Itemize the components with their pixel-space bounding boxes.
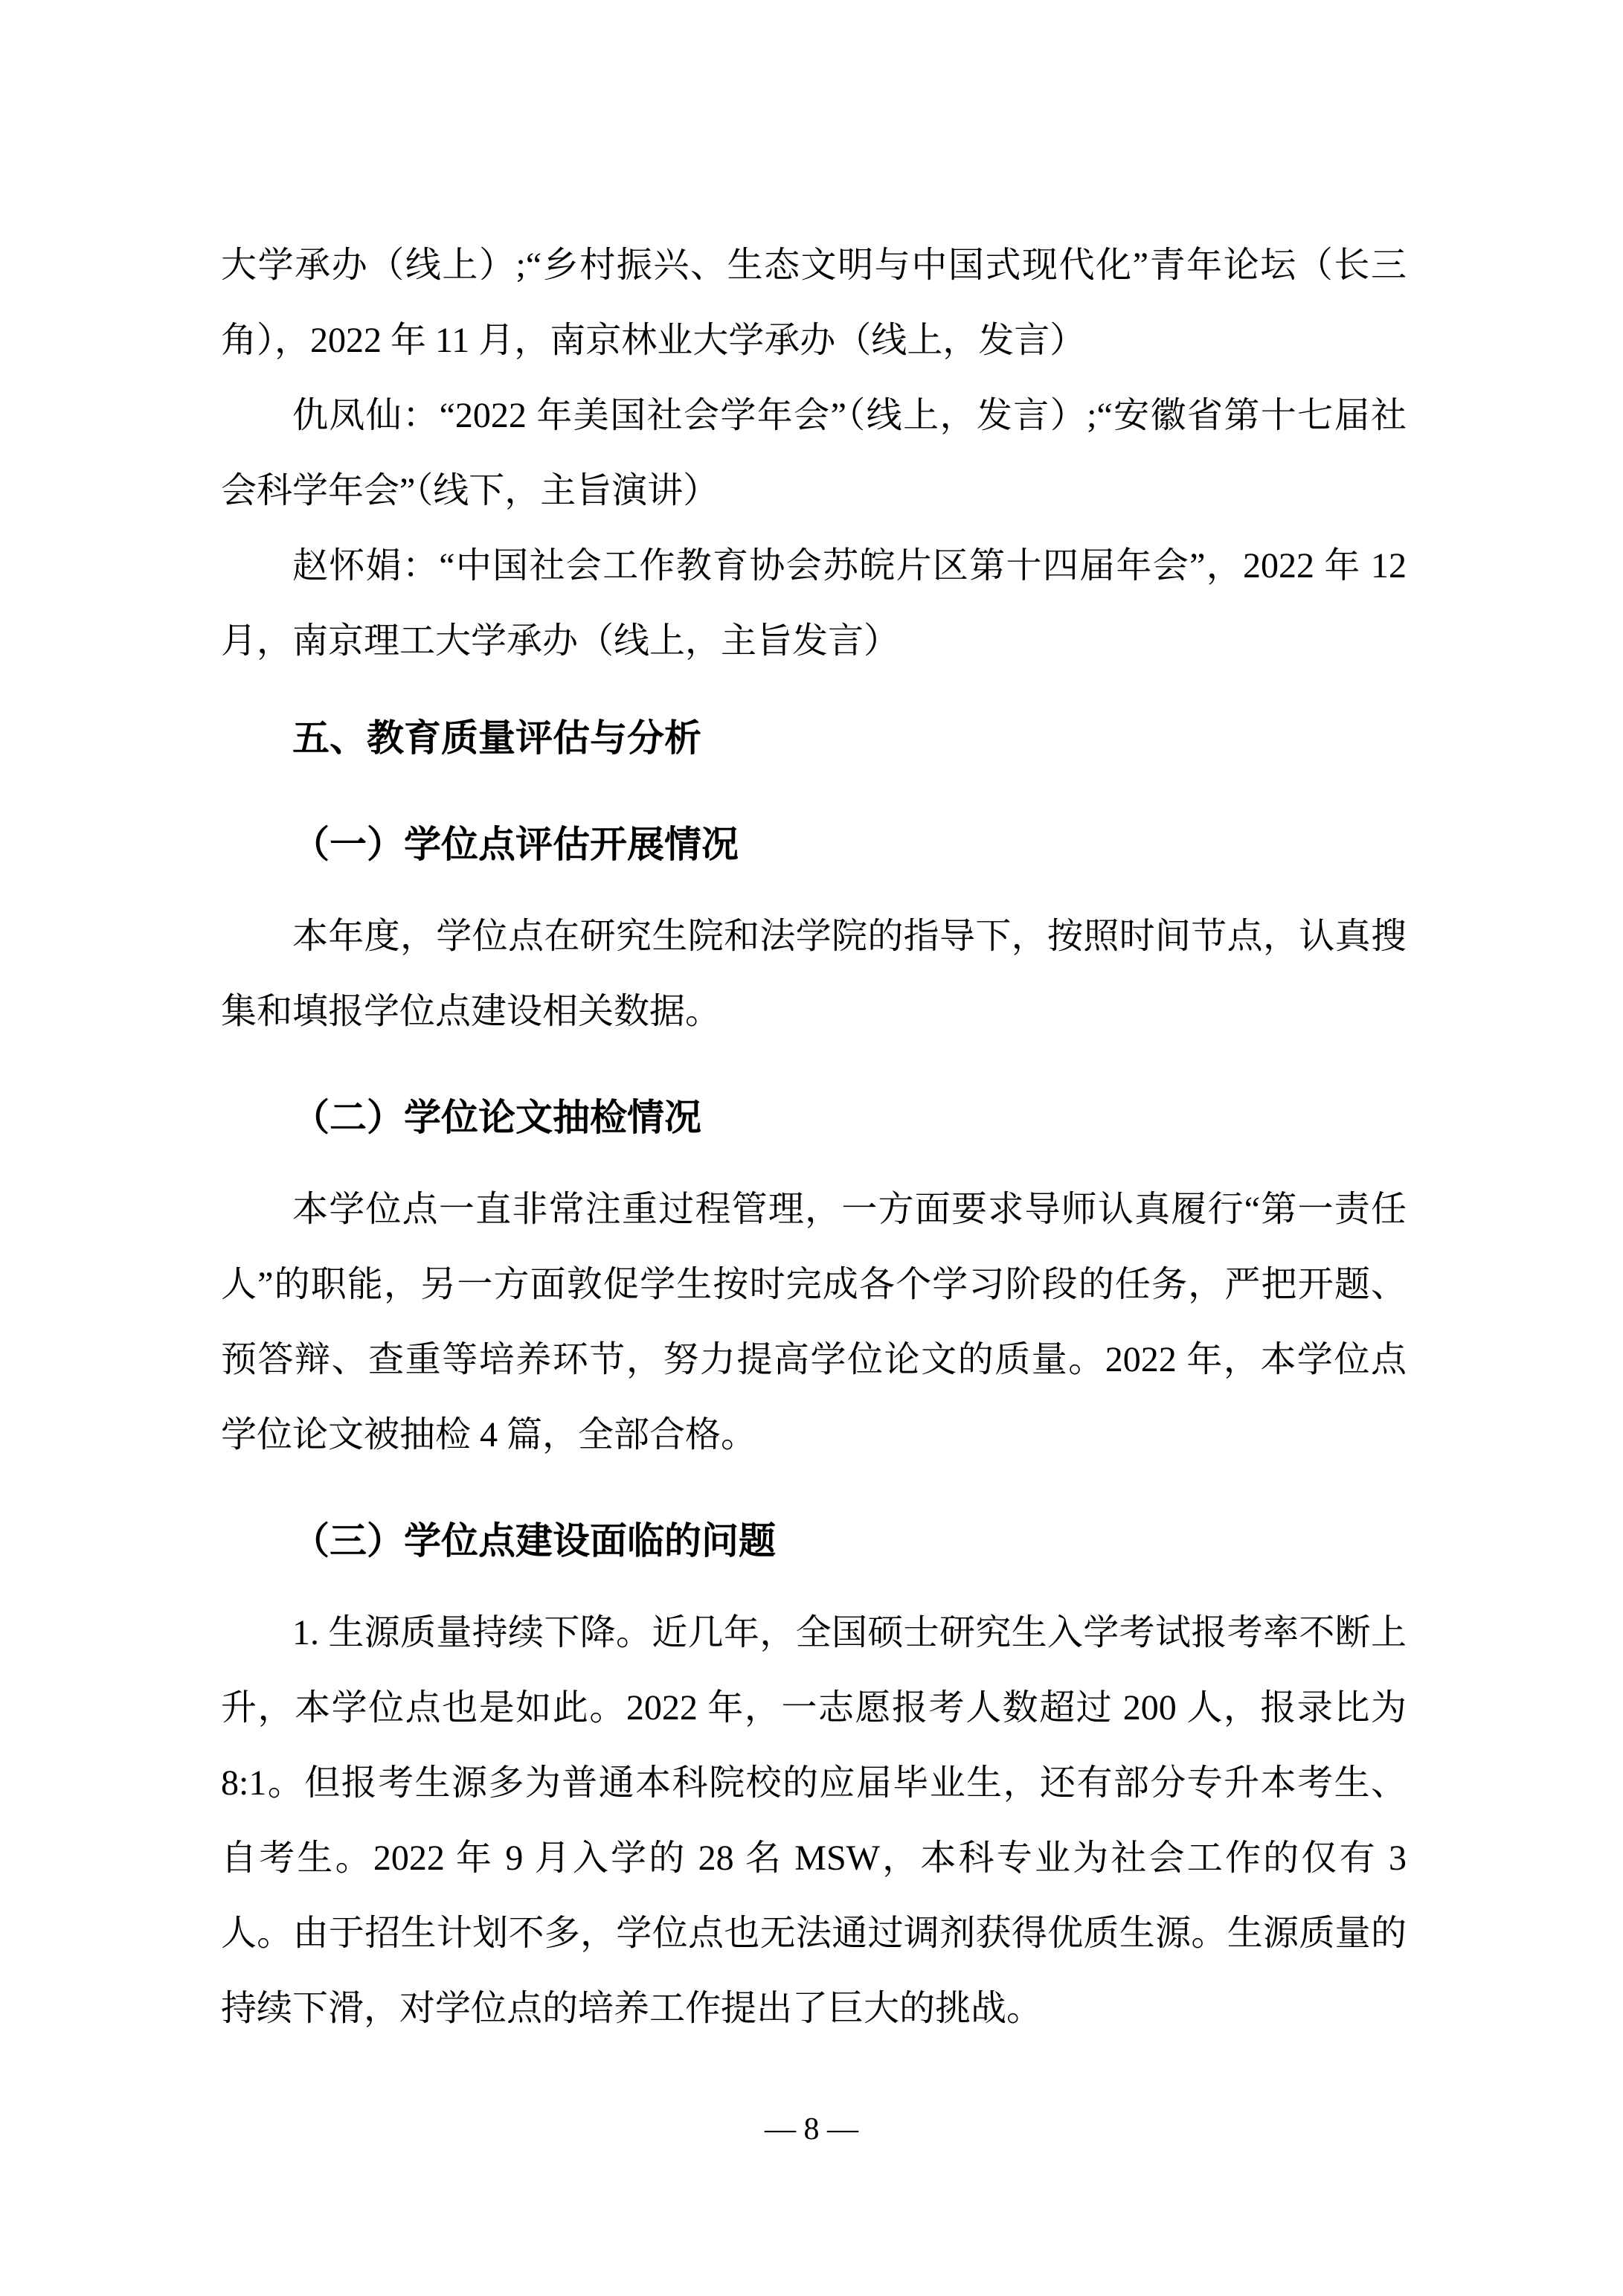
paragraph: 赵怀娟：“中国社会工作教育协会苏皖片区第十四届年会”，2022 年 12 月，南…	[221, 528, 1407, 679]
subsection-heading: （一）学位点评估开展情况	[221, 807, 1407, 882]
paragraph: 本学位点一直非常注重过程管理，一方面要求导师认真履行“第一责任人”的职能，另一方…	[221, 1172, 1407, 1472]
document-content: 大学承办（线上）;“乡村振兴、生态文明与中国式现代化”青年论坛（长三角），202…	[221, 228, 1407, 2046]
subsection-heading: （三）学位点建设面临的问题	[221, 1504, 1407, 1579]
section-heading: 五、教育质量评估与分析	[221, 701, 1407, 776]
subsection-heading: （二）学位论文抽检情况	[221, 1080, 1407, 1155]
paragraph: 仇凤仙：“2022 年美国社会学年会”（线上，发言）;“安徽省第十七届社会科学年…	[221, 378, 1407, 528]
document-page: 大学承办（线上）;“乡村振兴、生态文明与中国式现代化”青年论坛（长三角），202…	[0, 0, 1623, 2296]
paragraph: 本年度，学位点在研究生院和法学院的指导下，按照时间节点，认真搜集和填报学位点建设…	[221, 899, 1407, 1049]
paragraph: 1. 生源质量持续下降。近几年，全国硕士研究生入学考试报考率不断上升，本学位点也…	[221, 1595, 1407, 2046]
paragraph-continuation: 大学承办（线上）;“乡村振兴、生态文明与中国式现代化”青年论坛（长三角），202…	[221, 228, 1407, 378]
page-number: — 8 —	[0, 2092, 1623, 2167]
